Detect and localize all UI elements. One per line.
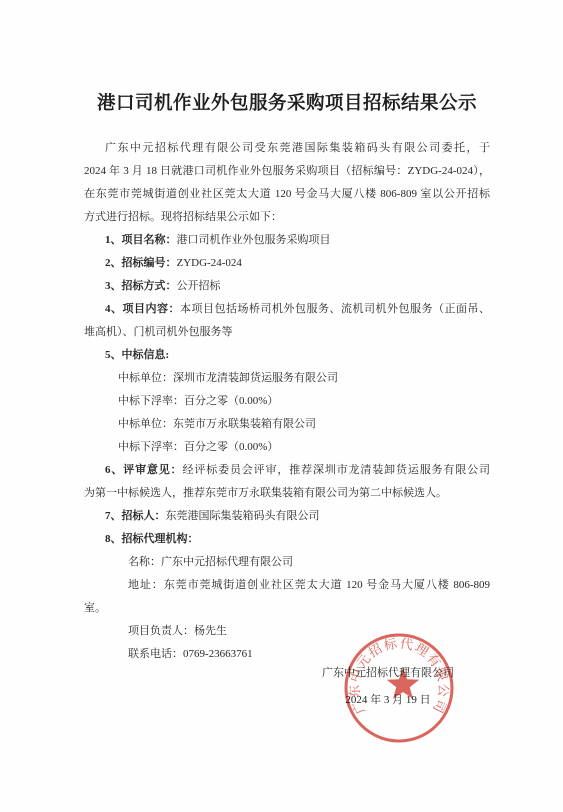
line-text: 室。 bbox=[84, 602, 106, 614]
line-label: 3、招标方式： bbox=[105, 280, 177, 292]
doc-line: 中标下浮率：百分之零（0.00%） bbox=[84, 436, 490, 459]
signature-company: 广东中元招标代理有限公司 bbox=[316, 666, 460, 680]
document-page: 港口司机作业外包服务采购项目招标结果公示 广东中元招标代理有限公司受东莞港国际集… bbox=[0, 0, 563, 812]
line-text: 中标下浮率：百分之零（0.00%） bbox=[118, 441, 278, 453]
doc-line-item-6: 6、评审意见：经评标委员会评审，推荐深圳市龙清装卸货运服务有限公司 bbox=[84, 459, 490, 482]
line-text: 东莞港国际集装箱码头有限公司 bbox=[166, 510, 320, 522]
line-label: 6、评审意见： bbox=[105, 464, 183, 476]
doc-line: 广东中元招标代理有限公司受东莞港国际集装箱码头有限公司委托，于 bbox=[84, 137, 490, 160]
doc-line-item-7: 7、招标人：东莞港国际集装箱码头有限公司 bbox=[84, 505, 490, 528]
line-text: 公开招标 bbox=[177, 280, 221, 292]
line-text: 中标下浮率：百分之零（0.00%） bbox=[118, 395, 278, 407]
doc-line: 中标单位：东莞市万永联集装箱有限公司 bbox=[84, 413, 490, 436]
line-text: 在东莞市莞城街道创业社区莞太大道 120 号金马大厦八楼 806-809 室以公… bbox=[84, 188, 490, 200]
doc-line: 方式进行招标。现将招标结果公示如下： bbox=[84, 206, 490, 229]
doc-line-item-3: 3、招标方式：公开招标 bbox=[84, 275, 490, 298]
doc-line-item-4: 4、项目内容：本项目包括场桥司机外包服务、流机司机外包服务（正面吊、 bbox=[84, 298, 490, 321]
doc-line: 在东莞市莞城街道创业社区莞太大道 120 号金马大厦八楼 806-809 室以公… bbox=[84, 183, 490, 206]
line-text: 方式进行招标。现将招标结果公示如下： bbox=[84, 211, 282, 223]
doc-line: 地址：东莞市莞城街道创业社区莞太大道 120 号金马大厦八楼 806-809 bbox=[84, 574, 490, 597]
line-text: 项目负责人：杨先生 bbox=[128, 625, 227, 637]
line-text: 本项目包括场桥司机外包服务、流机司机外包服务（正面吊、 bbox=[180, 303, 490, 315]
doc-line: 室。 bbox=[84, 597, 490, 620]
line-label: 2、招标编号： bbox=[105, 257, 177, 269]
line-text: 名称：广东中元招标代理有限公司 bbox=[128, 556, 293, 568]
doc-line: 中标单位：深圳市龙清装卸货运服务有限公司 bbox=[84, 367, 490, 390]
doc-line: 堆高机）、门机司机外包服务等 bbox=[84, 321, 490, 344]
line-text: ZYDG-24-024 bbox=[177, 257, 242, 269]
line-text: 堆高机）、门机司机外包服务等 bbox=[84, 326, 233, 338]
doc-line-item-1: 1、项目名称：港口司机作业外包服务采购项目 bbox=[84, 229, 490, 252]
line-text: 广东中元招标代理有限公司受东莞港国际集装箱码头有限公司委托，于 bbox=[105, 142, 490, 154]
line-label: 8、招标代理机构： bbox=[105, 533, 199, 545]
doc-line: 中标下浮率：百分之零（0.00%） bbox=[84, 390, 490, 413]
doc-line: 为第一中标候选人，推荐东莞市万永联集装箱有限公司为第二中标候选人。 bbox=[84, 482, 490, 505]
signature-block: 广东中元招标代理有限公司 2024 年 3 月 19 日 bbox=[316, 666, 460, 707]
doc-line-item-2: 2、招标编号：ZYDG-24-024 bbox=[84, 252, 490, 275]
document-body: 广东中元招标代理有限公司受东莞港国际集装箱码头有限公司委托，于 2024 年 3… bbox=[84, 137, 490, 666]
line-text: 为第一中标候选人，推荐东莞市万永联集装箱有限公司为第二中标候选人。 bbox=[84, 487, 447, 499]
line-label: 1、项目名称： bbox=[105, 234, 177, 246]
doc-line-item-8: 8、招标代理机构： bbox=[84, 528, 490, 551]
line-text: 2024 年 3 月 18 日就港口司机作业外包服务采购项目（招标编号：ZYDG… bbox=[84, 165, 490, 177]
doc-line-item-5: 5、中标信息: bbox=[84, 344, 490, 367]
signature-date: 2024 年 3 月 19 日 bbox=[316, 693, 460, 707]
line-text: 联系电话：0769-23663761 bbox=[128, 648, 253, 660]
line-label: 4、项目内容： bbox=[105, 303, 180, 315]
document-title: 港口司机作业外包服务采购项目招标结果公示 bbox=[84, 89, 490, 115]
line-text: 中标单位：东莞市万永联集装箱有限公司 bbox=[118, 418, 316, 430]
line-text: 港口司机作业外包服务采购项目 bbox=[177, 234, 331, 246]
doc-line: 名称：广东中元招标代理有限公司 bbox=[84, 551, 490, 574]
doc-line: 2024 年 3 月 18 日就港口司机作业外包服务采购项目（招标编号：ZYDG… bbox=[84, 160, 490, 183]
line-text: 中标单位：深圳市龙清装卸货运服务有限公司 bbox=[118, 372, 338, 384]
line-label: 7、招标人： bbox=[105, 510, 166, 522]
line-label: 5、中标信息: bbox=[105, 349, 169, 361]
doc-line: 联系电话：0769-23663761 bbox=[84, 643, 490, 666]
doc-line: 项目负责人：杨先生 bbox=[84, 620, 490, 643]
line-text: 地址：东莞市莞城街道创业社区莞太大道 120 号金马大厦八楼 806-809 bbox=[128, 579, 490, 591]
line-text: 经评标委员会评审，推荐深圳市龙清装卸货运服务有限公司 bbox=[183, 464, 490, 476]
